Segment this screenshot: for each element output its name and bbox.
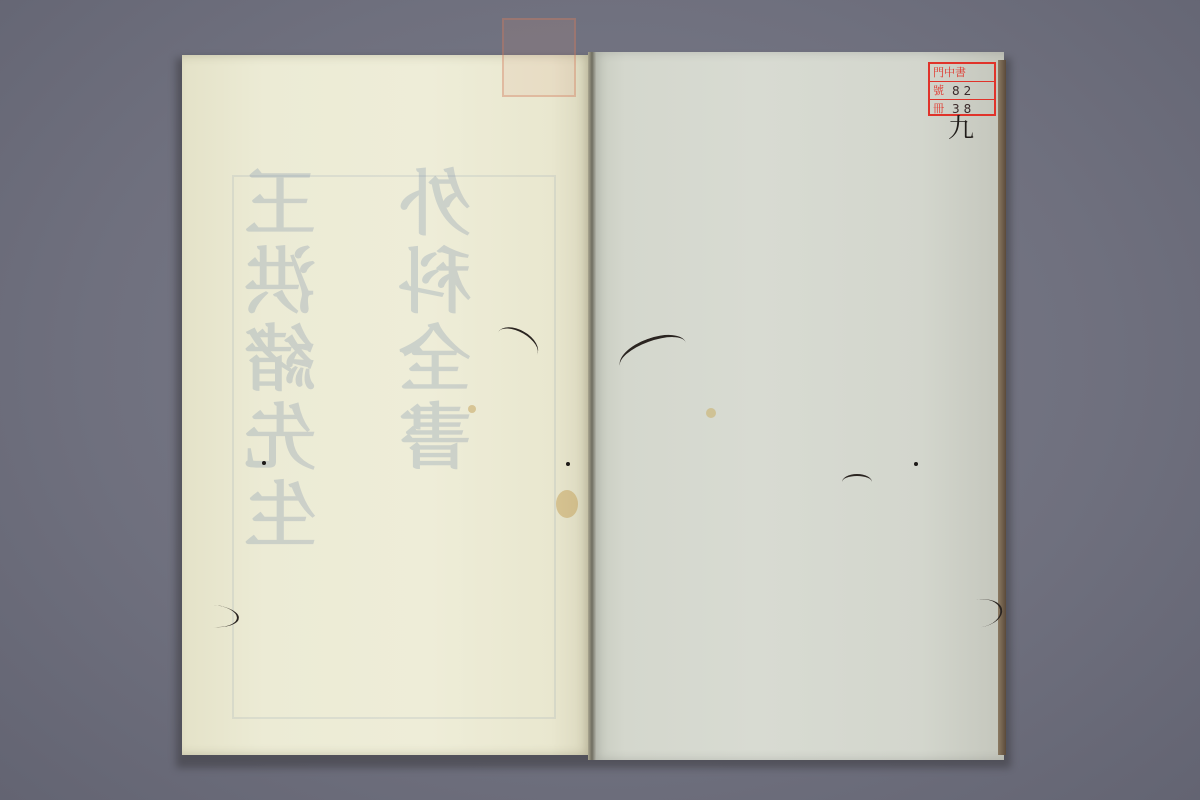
stamp-row-1: 門中書	[930, 64, 994, 82]
book-gutter	[588, 52, 596, 760]
stain	[556, 490, 578, 518]
ink-dot	[914, 462, 918, 466]
wormhole-trace	[842, 474, 872, 490]
stamp-number: 82	[952, 85, 975, 97]
stain	[706, 408, 716, 418]
ghost-text-left: 王洪緒先生	[245, 165, 328, 725]
ghost-text-right: 外科全書	[400, 165, 483, 725]
stamp-offset-ghost	[502, 18, 576, 97]
ink-dot	[566, 462, 570, 466]
stamp-text: 門中書	[933, 67, 966, 78]
page-edge	[998, 60, 1006, 755]
stamp-label: 冊	[933, 103, 944, 114]
right-page	[592, 52, 1004, 760]
ink-dot	[262, 461, 266, 465]
stain	[468, 405, 476, 413]
stamp-row-2: 號82	[930, 82, 994, 100]
stamp-label: 號	[933, 85, 944, 96]
handwritten-mark: 九	[948, 108, 974, 145]
